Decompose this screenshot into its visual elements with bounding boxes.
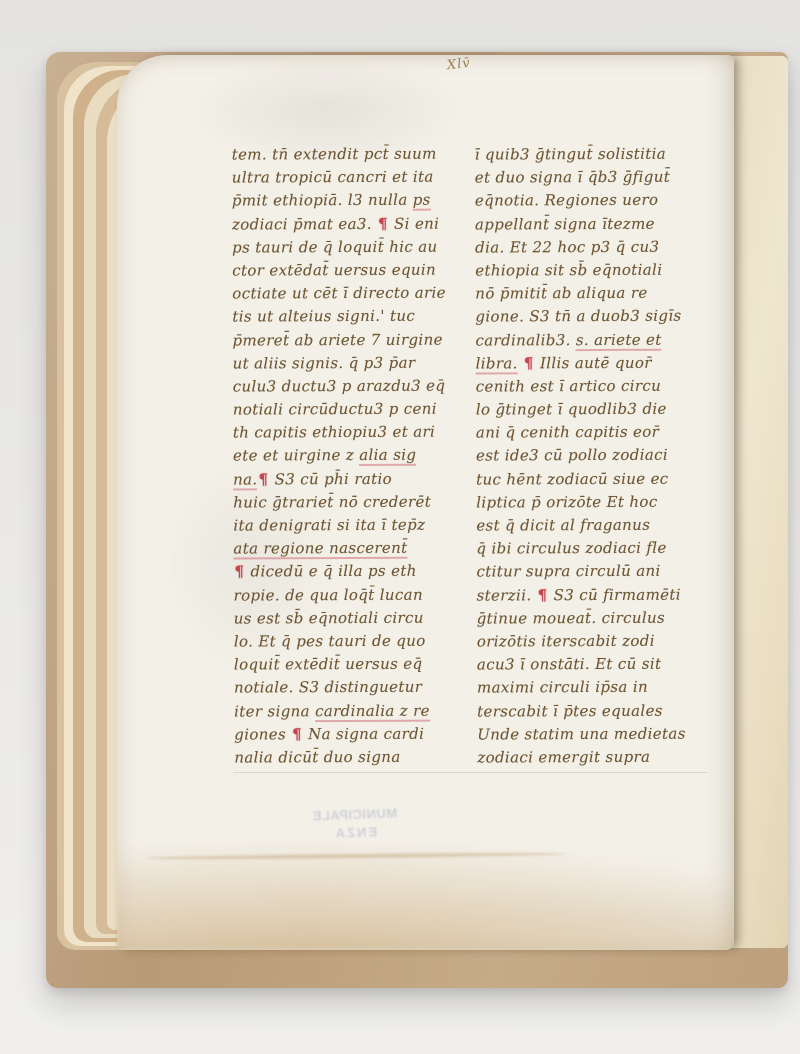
text-segment: ethiopia sit sb̄ eq̄notiali: [475, 261, 662, 280]
manuscript-line: libra. ¶ Illis autē quor̄: [476, 351, 710, 375]
text-segment: ete et uirgine z: [233, 446, 359, 465]
text-segment: est ide3 cū pollo zodiaci: [476, 446, 668, 465]
water-stain: [117, 820, 734, 950]
manuscript-line: ultra tropicū cancri et ita: [232, 166, 466, 190]
text-segment: ctor extēdat̄ uersus equin: [232, 261, 436, 280]
text-segment: ut aliis signis. q̄ p3 p̄ar: [233, 353, 416, 372]
manuscript-line: Unde statim una medietas: [477, 722, 711, 746]
stamp-line: MUNICIPALE: [284, 805, 424, 825]
manuscript-line: culu3 ductu3 p arazdu3 eq̄: [233, 374, 467, 398]
manuscript-line: appellant̄ signa ītezme: [475, 212, 709, 236]
manuscript-line: zodiaci emergit supra: [477, 745, 711, 769]
manuscript-line: nalia dicūt̄ duo signa: [234, 745, 468, 769]
text-segment: p̄mit ethiopiā. l3 nulla: [232, 191, 413, 210]
rubricated-text-segment: alia sig: [359, 446, 416, 466]
pilcrow-mark: ¶: [257, 470, 269, 488]
manuscript-line: gione. S3 tn̄ a duob3 sigīs: [475, 305, 709, 329]
text-segment: Illis autē quor̄: [535, 353, 652, 372]
manuscript-line: huic ḡtrariet̄ nō crederēt: [233, 490, 467, 514]
manuscript-line: nō p̄mitit̄ ab aliqua re: [475, 282, 709, 306]
text-segment: ī quib3 ḡtingut̄ solistitia: [475, 145, 666, 164]
stamp-line: ENZA: [285, 823, 425, 843]
ruling-line: [233, 772, 707, 773]
manuscript-line: liptica p̄ orizōte Et hoc: [476, 490, 710, 514]
text-segment: tuc hēnt zodiacū siue ec: [476, 469, 669, 488]
rubricated-text-segment: ata regione nascerent̄: [233, 539, 407, 560]
text-segment: Si eni: [389, 214, 439, 232]
manuscript-line: tis ut alteius signi.' tuc: [232, 305, 466, 329]
text-segment: ctitur supra circulū ani: [476, 562, 660, 581]
manuscript-line: ita denigrati si ita ī tep̄z: [233, 513, 467, 537]
manuscript-line: maximi circuli ip̄sa in: [477, 676, 711, 700]
manuscript-column-right: ī quib3 ḡtingut̄ solistitiaet duo signa …: [475, 142, 712, 769]
text-segment: S3 cū ph̄i ratio: [269, 469, 392, 488]
manuscript-line: tuc hēnt zodiacū siue ec: [476, 467, 710, 491]
manuscript-line: ctor extēdat̄ uersus equin: [232, 258, 466, 282]
manuscript-line: ropie. de qua loq̄t̄ lucan: [234, 583, 468, 607]
manuscript-line: est ide3 cū pollo zodiaci: [476, 444, 710, 468]
water-stain-tide-line: [147, 852, 567, 860]
text-segment: p̄meret̄ ab ariete 7 uirgine: [232, 330, 442, 349]
text-segment: zodiaci emergit supra: [477, 748, 650, 767]
text-segment: ultra tropicū cancri et ita: [232, 168, 434, 187]
manuscript-line: est q̄ dicit al fraganus: [476, 513, 710, 537]
text-segment: lo ḡtinget ī quodlib3 die: [476, 400, 667, 419]
manuscript-line: acu3 ī onstāti. Et cū sit: [477, 653, 711, 677]
manuscript-line: ḡtinue moueat̄. circulus: [477, 606, 711, 630]
text-segment: dia. Et 22 hoc p3 q̄ cu3: [475, 237, 659, 256]
manuscript-line: us est sb̄ eq̄notiali circu: [234, 606, 468, 630]
manuscript-line: ¶ dicedū e q̄ illa ps eth: [233, 560, 467, 584]
text-segment: appellant̄ signa ītezme: [475, 214, 655, 233]
manuscript-line: ethiopia sit sb̄ eq̄notiali: [475, 258, 709, 282]
manuscript-page: Xlv̄ tem. tn̄ extendit pct̄ suumultra tr…: [117, 55, 734, 950]
manuscript-line: p̄mit ethiopiā. l3 nulla ps: [232, 189, 466, 213]
text-segment: nalia dicūt̄ duo signa: [234, 748, 400, 767]
text-segment: nō p̄mitit̄ ab aliqua re: [475, 284, 647, 303]
text-segment: ropie. de qua loq̄t̄ lucan: [234, 585, 423, 604]
text-segment: q̄ ibi circulus zodiaci fle: [476, 539, 666, 558]
text-segment: Na signa cardi: [303, 724, 424, 743]
manuscript-line: ata regione nascerent̄: [233, 537, 467, 561]
manuscript-line: orizōtis iterscabit zodi: [477, 629, 711, 653]
manuscript-line: sterzii. ¶ S3 cū firmamēti: [477, 583, 711, 607]
manuscript-photo: Xlv̄ tem. tn̄ extendit pct̄ suumultra tr…: [0, 0, 800, 1054]
manuscript-line: iter signa cardinalia z re: [234, 699, 468, 723]
text-segment: huic ḡtrariet̄ nō crederēt: [233, 492, 431, 511]
text-segment: cardinalib3.: [475, 331, 575, 349]
manuscript-line: ī quib3 ḡtingut̄ solistitia: [475, 142, 709, 166]
manuscript-line: cardinalib3. s. ariete et: [475, 328, 709, 352]
text-segment: terscabit ī p̄tes equales: [477, 701, 663, 720]
manuscript-line: q̄ ibi circulus zodiaci fle: [476, 537, 710, 561]
manuscript-line: zodiaci p̄mat ea3. ¶ Si eni: [232, 212, 466, 236]
text-segment: tem. tn̄ extendit pct̄ suum: [232, 145, 437, 164]
manuscript-line: lo ḡtinget ī quodlib3 die: [476, 398, 710, 422]
manuscript-line: eq̄notia. Regiones uero: [475, 189, 709, 213]
text-segment: sterzii.: [477, 586, 537, 604]
manuscript-line: notiali circūductu3 p ceni: [233, 398, 467, 422]
manuscript-line: loquit̄ extēdit̄ uersus eq̄: [234, 653, 468, 677]
text-segment: ita denigrati si ita ī tep̄z: [233, 516, 425, 535]
text-segment: et duo signa ī q̄b3 ḡfigut̄: [475, 168, 670, 187]
text-segment: loquit̄ extēdit̄ uersus eq̄: [234, 655, 423, 674]
rubricated-text-segment: s. ariete et: [576, 330, 662, 350]
manuscript-line: ut aliis signis. q̄ p3 p̄ar: [233, 351, 467, 375]
folio-mark: Xlv̄: [446, 56, 471, 73]
text-segment: ḡtinue moueat̄. circulus: [477, 608, 665, 627]
text-segment: notiale. S3 distinguetur: [234, 678, 422, 697]
text-segment: liptica p̄ orizōte Et hoc: [476, 493, 657, 512]
text-segment: zodiaci p̄mat ea3.: [232, 214, 377, 233]
text-segment: lo. Et q̄ pes tauri de quo: [234, 632, 426, 651]
manuscript-line: dia. Et 22 hoc p3 q̄ cu3: [475, 235, 709, 259]
text-block: tem. tn̄ extendit pct̄ suumultra tropicū…: [233, 143, 711, 769]
pilcrow-mark: ¶: [377, 214, 389, 232]
text-segment: est q̄ dicit al fraganus: [476, 516, 650, 535]
rubricated-text-segment: cardinalia z re: [315, 701, 430, 722]
manuscript-line: ps tauri de q̄ loquit̄ hic au: [232, 235, 466, 259]
text-segment: S3 cū firmamēti: [548, 585, 680, 604]
manuscript-line: et duo signa ī q̄b3 ḡfigut̄: [475, 166, 709, 190]
manuscript-column-left: tem. tn̄ extendit pct̄ suumultra tropicū…: [232, 142, 469, 769]
text-segment: gione. S3 tn̄ a duob3 sigīs: [475, 307, 681, 326]
manuscript-line: ete et uirgine z alia sig: [233, 444, 467, 468]
rubricated-text-segment: ps: [413, 191, 431, 211]
text-segment: octiate ut cēt ī directo arie: [232, 284, 446, 303]
text-segment: us est sb̄ eq̄notiali circu: [234, 608, 424, 627]
text-segment: iter signa: [234, 702, 315, 720]
text-segment: notiali circūductu3 p ceni: [233, 400, 437, 419]
pilcrow-mark: ¶: [233, 563, 245, 581]
text-segment: dicedū e q̄ illa ps eth: [245, 562, 416, 581]
pilcrow-mark: ¶: [537, 586, 549, 604]
text-segment: cenith est ī artico circu: [476, 377, 662, 396]
text-segment: Unde statim una medietas: [477, 724, 686, 743]
manuscript-line: octiate ut cēt ī directo arie: [232, 282, 466, 306]
manuscript-line: ctitur supra circulū ani: [476, 560, 710, 584]
manuscript-line: tem. tn̄ extendit pct̄ suum: [232, 142, 466, 166]
manuscript-line: cenith est ī artico circu: [476, 374, 710, 398]
manuscript-line: ani q̄ cenith capitis eor̄: [476, 421, 710, 445]
manuscript-line: terscabit ī p̄tes equales: [477, 699, 711, 723]
manuscript-line: giones ¶ Na signa cardi: [234, 722, 468, 746]
text-segment: eq̄notia. Regiones uero: [475, 191, 659, 210]
text-segment: giones: [234, 725, 291, 743]
text-segment: orizōtis iterscabit zodi: [477, 632, 655, 651]
pilcrow-mark: ¶: [523, 354, 535, 372]
manuscript-line: na.¶ S3 cū ph̄i ratio: [233, 467, 467, 491]
text-segment: maximi circuli ip̄sa in: [477, 678, 648, 697]
text-segment: tis ut alteius signi.' tuc: [232, 307, 415, 326]
text-segment: ps tauri de q̄ loquit̄ hic au: [232, 237, 437, 256]
manuscript-line: th capitis ethiopiu3 et ari: [233, 421, 467, 445]
manuscript-line: p̄meret̄ ab ariete 7 uirgine: [232, 328, 466, 352]
text-segment: th capitis ethiopiu3 et ari: [233, 423, 435, 442]
text-segment: ani q̄ cenith capitis eor̄: [476, 423, 659, 442]
library-stamp-showthrough: MUNICIPALE ENZA: [284, 805, 425, 843]
text-segment: culu3 ductu3 p arazdu3 eq̄: [233, 376, 446, 395]
manuscript-line: lo. Et q̄ pes tauri de quo: [234, 629, 468, 653]
rubricated-text-segment: na.: [233, 470, 258, 490]
text-segment: acu3 ī onstāti. Et cū sit: [477, 655, 662, 674]
manuscript-line: notiale. S3 distinguetur: [234, 676, 468, 700]
pilcrow-mark: ¶: [291, 725, 303, 743]
rubricated-text-segment: libra.: [476, 354, 518, 374]
